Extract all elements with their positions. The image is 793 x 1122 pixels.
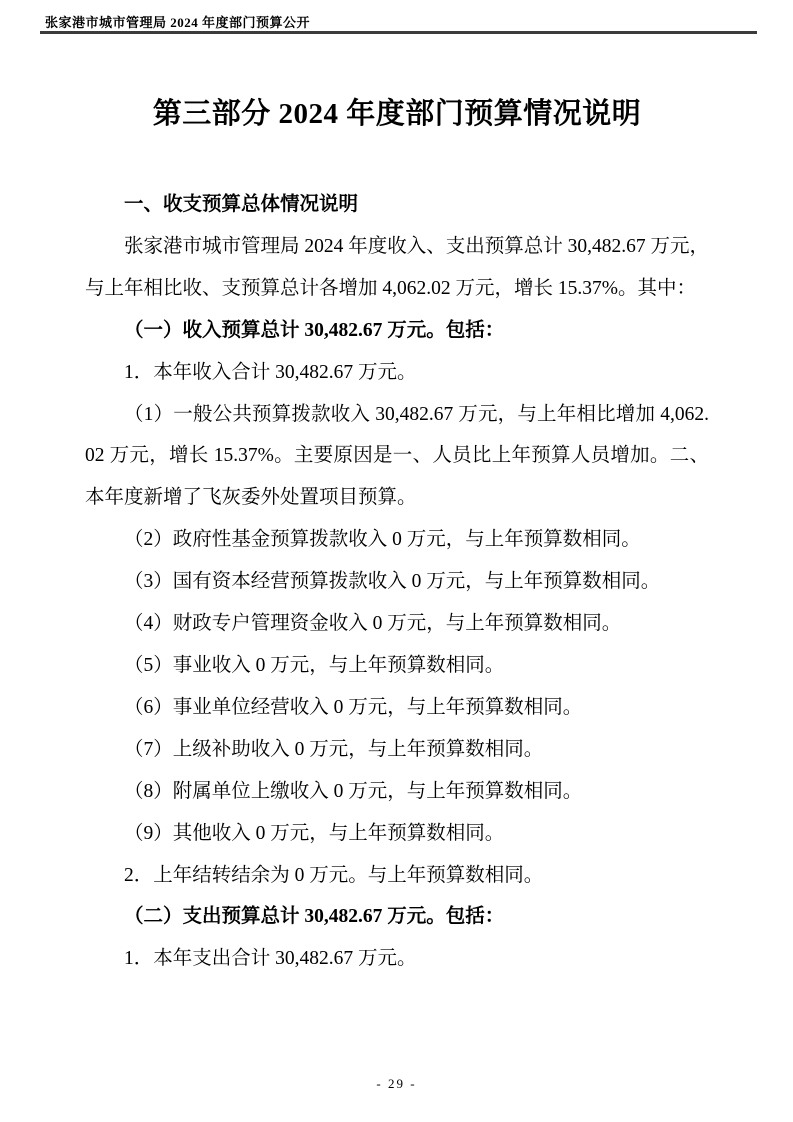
paragraph-income-item-5: （5）事业收入 0 万元，与上年预算数相同。 [85, 645, 709, 687]
paragraph-carryover: 2．上年结转结余为 0 万元。与上年预算数相同。 [85, 855, 709, 897]
paragraph-income-item-2: （2）政府性基金预算拨款收入 0 万元，与上年预算数相同。 [85, 519, 709, 561]
paragraph-income-item-8: （8）附属单位上缴收入 0 万元，与上年预算数相同。 [85, 771, 709, 813]
document-content: 第三部分 2024 年度部门预算情况说明 一、收支预算总体情况说明 张家港市城市… [85, 88, 709, 980]
paragraph-income-item-6: （6）事业单位经营收入 0 万元，与上年预算数相同。 [85, 687, 709, 729]
section-heading-income-total: （一）收入预算总计 30,482.67 万元。包括： [85, 310, 709, 352]
header-rule [40, 31, 757, 34]
paragraph-income-item-7: （7）上级补助收入 0 万元，与上年预算数相同。 [85, 729, 709, 771]
paragraph-income-current-year: 1．本年收入合计 30,482.67 万元。 [85, 352, 709, 394]
section-heading-expenditure-total: （二）支出预算总计 30,482.67 万元。包括： [85, 896, 709, 938]
paragraph-income-item-3: （3）国有资本经营预算拨款收入 0 万元，与上年预算数相同。 [85, 561, 709, 603]
paragraph-budget-total: 张家港市城市管理局 2024 年度收入、支出预算总计 30,482.67 万元，… [85, 226, 709, 310]
footer-page-number: - 29 - [0, 1076, 793, 1092]
page-title: 第三部分 2024 年度部门预算情况说明 [85, 88, 709, 140]
section-heading-overview: 一、收支预算总体情况说明 [85, 184, 709, 226]
paragraph-income-item-9: （9）其他收入 0 万元，与上年预算数相同。 [85, 813, 709, 855]
document-page: 张家港市城市管理局 2024 年度部门预算公开 第三部分 2024 年度部门预算… [0, 0, 793, 1122]
paragraph-income-item-1: （1）一般公共预算拨款收入 30,482.67 万元，与上年相比增加 4,062… [85, 394, 709, 520]
paragraph-expenditure-current-year: 1．本年支出合计 30,482.67 万元。 [85, 938, 709, 980]
document-header: 张家港市城市管理局 2024 年度部门预算公开 [45, 12, 310, 31]
paragraph-income-item-4: （4）财政专户管理资金收入 0 万元，与上年预算数相同。 [85, 603, 709, 645]
